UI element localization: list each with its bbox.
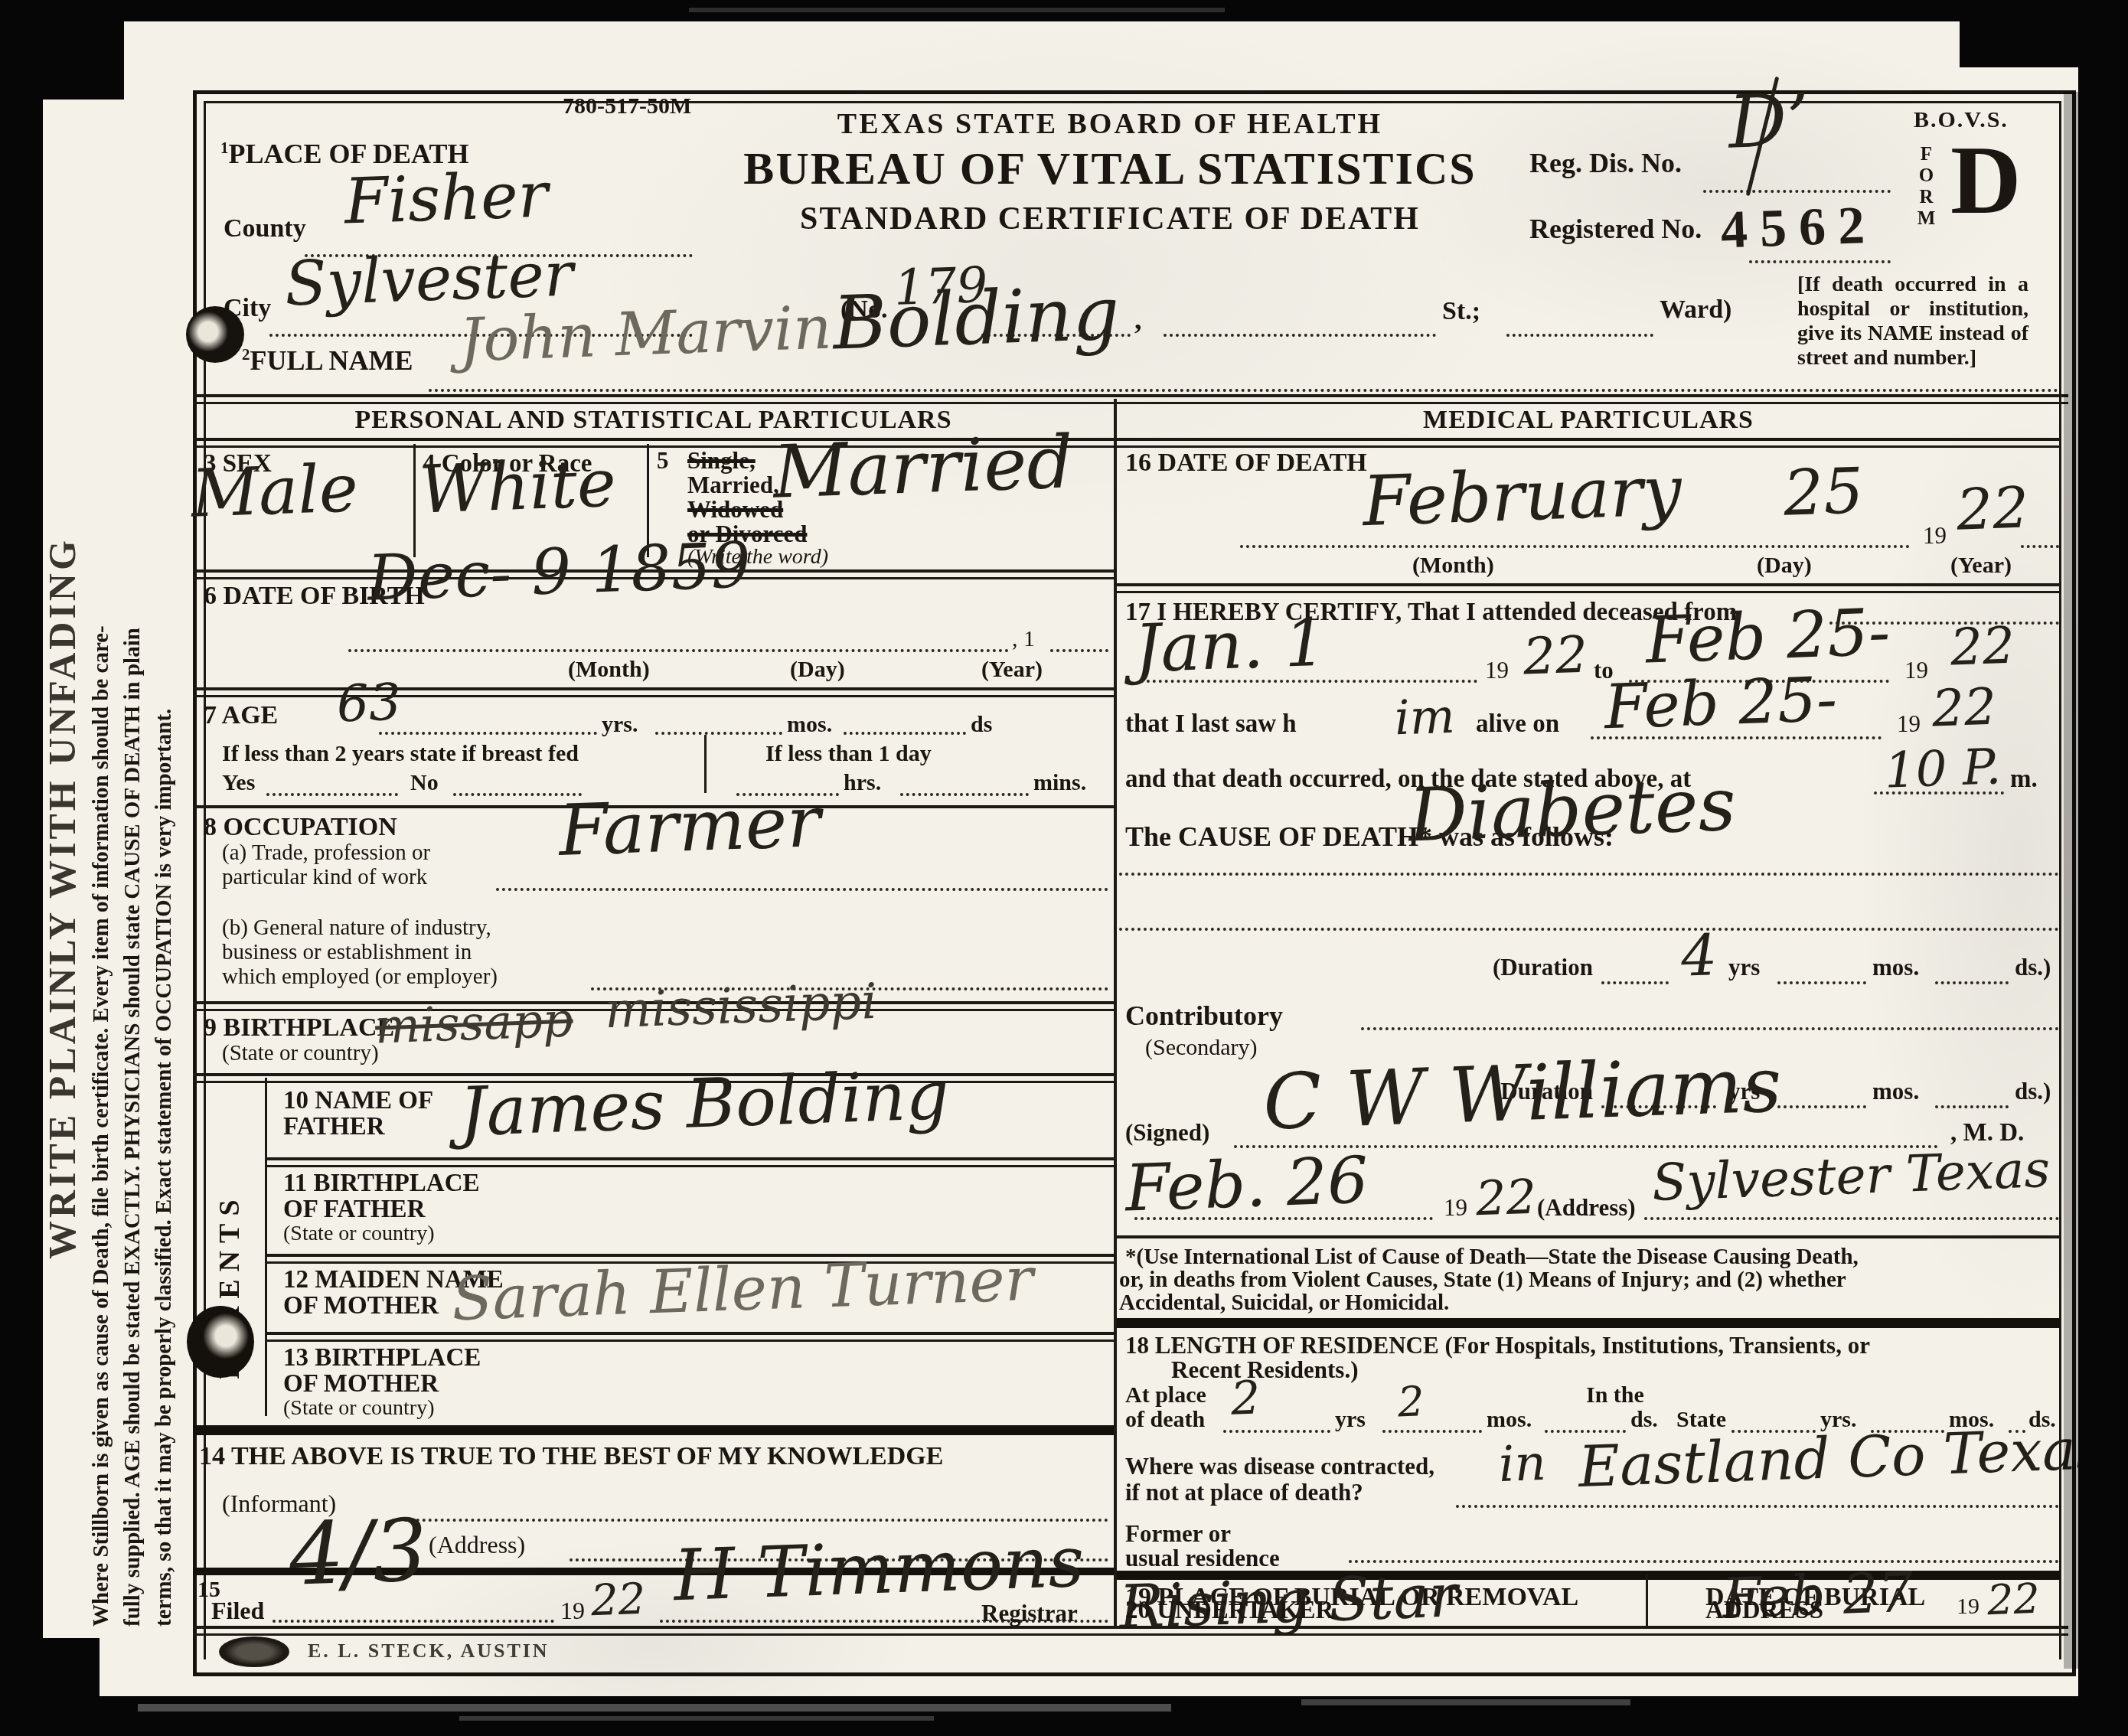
contributory-label: Contributory: [1125, 1000, 1283, 1032]
rule: [193, 687, 1114, 697]
mother-birthplace-sub: (State or country): [283, 1396, 435, 1421]
margin-line-1: Where Stillborn is given as cause of Dea…: [86, 172, 117, 1627]
ward-label: Ward): [1660, 295, 1731, 325]
marital-value-handwriting: Married: [772, 420, 1075, 515]
residence-label-1: 18 LENGTH OF RESIDENCE (For Hospitals, I…: [1125, 1332, 1870, 1359]
margin-line-3: terms, so that it may be properly classi…: [149, 172, 180, 1627]
last-saw-pre: that I last saw h: [1125, 710, 1297, 739]
occupation-a-label-2: particular kind of work: [222, 865, 427, 890]
contracted-label-2: if not at place of death?: [1125, 1479, 1363, 1506]
death-time-handwriting: 10 P.: [1884, 739, 2002, 799]
yes-label: Yes: [222, 770, 255, 796]
mins-label: mins.: [1033, 770, 1086, 796]
alive-on-label: alive on: [1476, 710, 1559, 739]
undertaker-address-label: ADDRESS: [1705, 1597, 1823, 1625]
cause-of-death-handwriting: Diabetes: [1407, 762, 1737, 859]
at-place-yrs-label: yrs: [1335, 1407, 1366, 1433]
dotted-line: [1777, 1105, 1866, 1108]
burial-cell-divider: [1646, 1575, 1648, 1626]
dotted-line: [1506, 334, 1653, 337]
m-label: m.: [2010, 765, 2038, 794]
sign-year-handwriting: 22: [1475, 1169, 1537, 1227]
of-death-label: of death: [1125, 1407, 1205, 1433]
thick-rule: [1117, 1318, 2060, 1328]
duration-ds-label: ds.): [2015, 954, 2051, 981]
at-place-mos-label: mos.: [1487, 1407, 1532, 1433]
death-year-printed: 19: [1923, 522, 1947, 550]
board-title: TEXAS STATE BOARD OF HEALTH: [723, 107, 1496, 141]
stock-number: 780-517-50M: [563, 93, 691, 119]
marital-number: 5: [657, 447, 669, 475]
to-year-handwriting: 22: [1950, 616, 2016, 677]
dotted-line: [1777, 981, 1866, 984]
dob-year-label: (Year): [981, 657, 1043, 683]
saw-year-printed: 19: [1897, 710, 1921, 738]
dob-value-handwriting: Dec- 9 1859: [366, 529, 752, 615]
medical-section-title: MEDICAL PARTICULARS: [1117, 406, 2060, 435]
registered-no-label: Registered No.: [1529, 213, 1702, 245]
comma: ,: [1134, 303, 1142, 337]
saw-year-handwriting: 22: [1931, 677, 1998, 739]
dob-year-prefix: , 1: [1012, 626, 1035, 652]
mother-birthplace-label-1: 13 BIRTHPLACE: [283, 1344, 481, 1372]
registered-no-stamp: 4562: [1720, 194, 1878, 261]
to-year-printed: 19: [1904, 657, 1928, 684]
dotted-line: [1382, 1430, 1482, 1433]
certificate-title: STANDARD CERTIFICATE OF DEATH: [723, 201, 1496, 237]
dotted-line: [1119, 873, 2059, 876]
attended-from-handwriting: Jan. 1: [1133, 605, 1327, 688]
dotted-line: [655, 732, 782, 735]
scanned-death-certificate: WRITE PLAINLY WITH UNFADING Where Stillb…: [0, 0, 2128, 1736]
dotted-line: [1050, 649, 1108, 652]
reg-dis-label: Reg. Dis. No.: [1529, 147, 1682, 179]
former-label-1: Former or: [1125, 1520, 1231, 1548]
dotted-line: [1935, 1105, 2009, 1108]
at-place-label: At place: [1125, 1382, 1206, 1408]
scan-streak: [138, 1704, 1171, 1712]
residence-label-2: Recent Residents.): [1171, 1356, 1359, 1384]
dotted-line: [1164, 334, 1436, 337]
death-year-label: (Year): [1950, 553, 2012, 579]
age-ds-label: ds: [971, 712, 992, 738]
date-of-death-label: 16 DATE OF DEATH: [1125, 449, 1367, 478]
last-saw-him-handwriting: im: [1394, 688, 1456, 746]
dob-day-label: (Day): [790, 657, 845, 683]
footnote-line-3: Accidental, Suicidal, or Homicidal.: [1119, 1291, 1449, 1316]
occupation-a-label-1: (a) Trade, profession or: [222, 840, 430, 866]
death-month-label: (Month): [1412, 553, 1494, 579]
doctor-signature-handwriting: C W Williams: [1261, 1039, 1783, 1147]
birthplace-sub-label: (State or country): [222, 1041, 379, 1066]
duration-yrs-handwriting: 4: [1680, 922, 1718, 990]
filed-date-handwriting: 4/3: [288, 1501, 429, 1605]
at-place-yrs-handwriting: 2: [1230, 1371, 1261, 1425]
filed-year-printed: 19: [560, 1597, 585, 1625]
dotted-line: [844, 732, 966, 735]
printer-credit: E. L. STECK, AUSTIN: [308, 1640, 550, 1663]
scan-edge-left: [0, 0, 43, 1736]
street-label: St.;: [1442, 297, 1480, 326]
full-name-label: 2FULL NAME: [242, 344, 413, 377]
father-birthplace-label-2: OF FATHER: [283, 1196, 425, 1224]
duration-yrs-label: yrs: [1728, 954, 1760, 981]
parents-cell-divider: [265, 1078, 267, 1416]
dotted-line: [1456, 1505, 2059, 1508]
rule: [265, 1157, 1114, 1167]
race-value-handwriting: White: [418, 445, 617, 529]
scan-streak: [689, 8, 1225, 12]
age-mos-label: mos.: [787, 712, 832, 738]
age-yrs-label: yrs.: [602, 712, 638, 738]
dob-month-label: (Month): [568, 657, 650, 683]
marital-option-widowed: Widowed: [687, 496, 783, 524]
dotted-line: [1361, 1027, 2059, 1030]
duration-mos-label: mos.: [1872, 954, 1919, 981]
secondary-label: (Secondary): [1145, 1035, 1258, 1061]
section-divider: [193, 394, 2068, 404]
dotted-line: [1240, 545, 1910, 548]
burial-year-printed: 19: [1957, 1594, 1979, 1620]
no-label: No: [410, 770, 439, 796]
at-place-ds-label: ds.: [1630, 1407, 1658, 1433]
occupation-b-label-3: which employed (or employer): [222, 964, 498, 990]
scan-edge-bottom: [0, 1696, 2128, 1736]
informant-address-label: (Address): [429, 1531, 525, 1559]
mother-birthplace-label-2: OF MOTHER: [283, 1370, 439, 1398]
age-value-handwriting: 63: [336, 673, 403, 734]
full-name-first-handwriting: John Marvin: [459, 294, 833, 376]
signed-label: (Signed): [1125, 1119, 1209, 1147]
at-place-mos-handwriting: 2: [1397, 1377, 1425, 1426]
bureau-title: BUREAU OF VITAL STATISTICS: [685, 142, 1535, 195]
full-name-last-handwriting: Bolding: [831, 270, 1121, 366]
dotted-line: [2021, 545, 2059, 548]
dotted-line: [496, 888, 1108, 891]
dotted-line: [266, 793, 398, 796]
dotted-line: [1119, 928, 2059, 931]
marital-option-single: Single,: [687, 447, 756, 475]
death-year-handwriting: 22: [1956, 475, 2030, 543]
printer-logo: [219, 1636, 289, 1667]
margin-edge-text: WRITE PLAINLY WITH UNFADING: [40, 616, 84, 1259]
undertaker-label: 20 UNDERTAKER: [1125, 1597, 1333, 1625]
dotted-line: [429, 389, 2059, 392]
ink-blot: [187, 1306, 254, 1378]
dotted-line: [1141, 680, 1477, 683]
full-name-number: 2: [242, 345, 250, 364]
from-year-handwriting: 22: [1523, 625, 1589, 687]
hospital-note: [If death occurred in a hospital or inst…: [1797, 272, 2028, 370]
occupation-label: 8 OCCUPATION: [204, 813, 397, 842]
rule: [1117, 1235, 2060, 1238]
occupation-value-handwriting: Farmer: [557, 781, 822, 872]
dotted-line: [1134, 1217, 1433, 1220]
father-name-label-2: FATHER: [283, 1113, 385, 1141]
breastfed-label: If less than 2 years state if breast fed: [222, 741, 579, 767]
county-label: County: [224, 214, 306, 243]
dotted-line: [1223, 1430, 1330, 1433]
county-value-handwriting: Fisher: [343, 158, 549, 238]
rule: [1117, 583, 2060, 593]
occupation-b-label-2: business or establishment in: [222, 940, 472, 965]
contracted-in-handwriting: in: [1498, 1435, 1547, 1493]
form-letter-d: D: [1950, 124, 2021, 237]
scan-edge-top: [0, 0, 2128, 21]
inner-border-bottom: [193, 1626, 2068, 1636]
thick-rule: [193, 1425, 1114, 1435]
hrs-label: hrs.: [844, 770, 881, 796]
birthplace-struck-handwriting: missapp: [374, 992, 574, 1055]
in-the-label: In the: [1586, 1382, 1644, 1408]
marital-option-married: Married,: [687, 472, 779, 499]
dotted-line: [1749, 260, 1891, 263]
dotted-line: [348, 649, 1009, 652]
age-label: 7 AGE: [204, 701, 278, 730]
filed-label: Filed: [211, 1597, 264, 1625]
death-day-handwriting: 25: [1782, 455, 1865, 530]
ink-blot: [186, 306, 244, 363]
last-saw-date-handwriting: Feb 25-: [1603, 664, 1838, 743]
registrar-label: Registrar: [981, 1600, 1078, 1627]
occupation-b-label-1: (b) General nature of industry,: [222, 915, 491, 941]
rule: [265, 1332, 1114, 1342]
reg-dis-value-handwriting: D’: [1727, 78, 1811, 165]
burial-year-handwriting: 22: [1986, 1574, 2041, 1624]
birthplace-value-handwriting: mississippi: [604, 974, 878, 1039]
dotted-line: [900, 793, 1029, 796]
footnote-line-2: or, in deaths from Violent Causes, State…: [1119, 1268, 1846, 1293]
scan-streak: [459, 1716, 934, 1721]
margin-instructions: Where Stillborn is given as cause of Dea…: [86, 172, 180, 1627]
birthplace-label: 9 BIRTHPLACE: [204, 1013, 394, 1043]
father-name-label-1: 10 NAME OF: [283, 1087, 433, 1115]
father-birthplace-sub: (State or country): [283, 1222, 435, 1246]
place-of-death-number: 1: [220, 139, 228, 157]
margin-line-2: fully supplied. AGE should be stated EXA…: [117, 172, 149, 1627]
scan-streak: [1301, 1699, 1630, 1705]
duration-label: (Duration: [1493, 954, 1593, 981]
doctor-address-label: (Address): [1537, 1194, 1636, 1222]
dotted-line: [273, 1620, 554, 1623]
sex-value-handwriting: Male: [190, 450, 359, 533]
dotted-line: [379, 732, 597, 735]
death-month-handwriting: February: [1361, 451, 1682, 542]
duration2-mos-label: mos.: [1872, 1078, 1919, 1105]
dotted-line: [392, 1519, 1108, 1522]
father-birthplace-label-1: 11 BIRTHPLACE: [283, 1170, 479, 1198]
footnote-line-1: *(Use International List of Cause of Dea…: [1125, 1245, 1859, 1270]
contracted-label-1: Where was disease contracted,: [1125, 1453, 1434, 1480]
dotted-line: [1935, 981, 2009, 984]
form-word-vertical: FORM: [1915, 144, 1937, 243]
rule: [1117, 438, 2060, 448]
dotted-line: [1601, 981, 1669, 984]
sign-year-printed: 19: [1444, 1194, 1467, 1222]
attestation-label: 14 THE ABOVE IS TRUE TO THE BEST OF MY K…: [199, 1442, 943, 1471]
dotted-line: [1703, 190, 1891, 193]
mother-name-label-2: OF MOTHER: [283, 1292, 439, 1320]
less-than-day-label: If less than 1 day: [765, 741, 932, 767]
dotted-line: [1644, 1217, 2059, 1220]
from-year-printed: 19: [1485, 657, 1509, 684]
death-day-label: (Day): [1757, 553, 1812, 579]
duration2-ds-label: ds.): [2015, 1078, 2051, 1105]
sign-date-handwriting: Feb. 26: [1124, 1142, 1369, 1225]
filed-year-handwriting: 22: [590, 1574, 646, 1626]
